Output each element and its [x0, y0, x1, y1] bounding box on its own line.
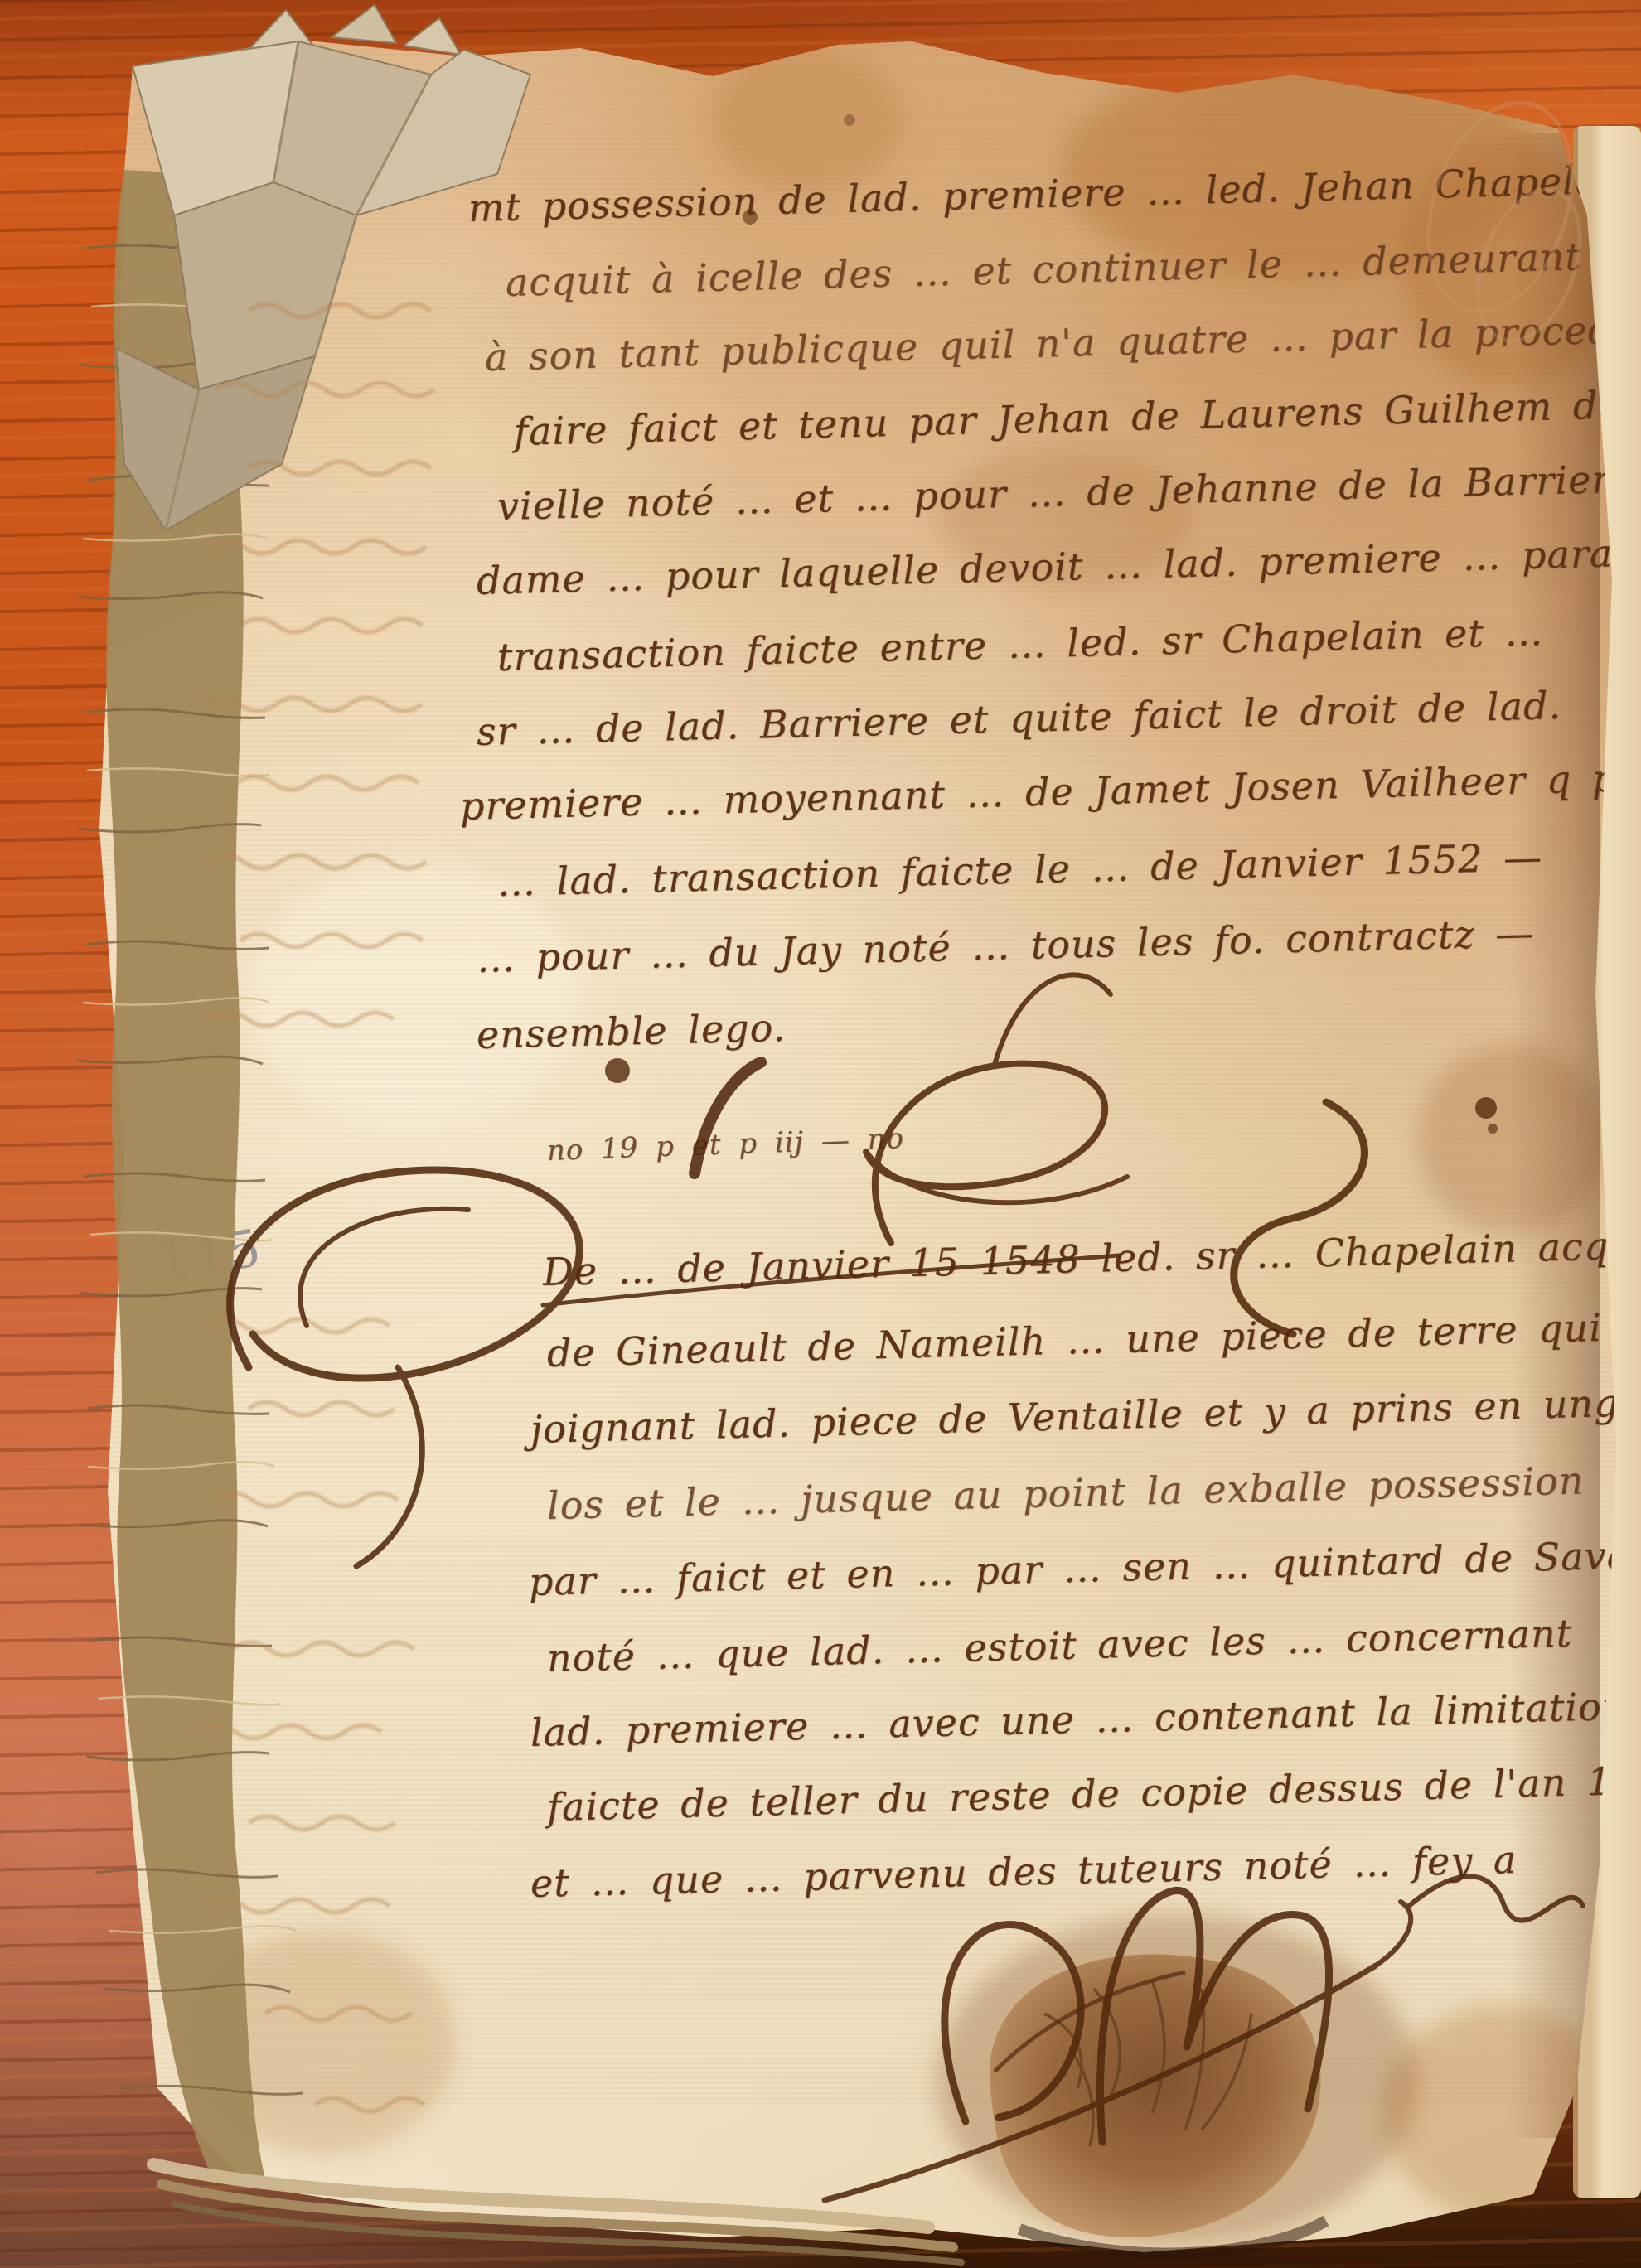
manuscript-page: mt possession de lad. premiere … led. Je…: [0, 0, 1641, 2268]
interline-note: no 19 p et p iij — no: [546, 1124, 904, 1165]
text-line: mt possession de lad. premiere … led. Je…: [467, 159, 1641, 227]
text-line: premiere … moyennant … de Jamet Josen Va…: [459, 757, 1641, 825]
text-line: transaction faicte entre … led. sr Chape…: [496, 612, 1543, 676]
text-line: par … faict et en … par … sen … quintard…: [528, 1534, 1641, 1601]
text-line: De … de Janvier 15 1548 led. sr … Chapel…: [542, 1226, 1641, 1291]
text-line: acquit à icelle des … et continuer le … …: [505, 232, 1641, 302]
pencil-mark: 115: [153, 1216, 267, 1293]
text-line: lad. premiere … avec une … contenant la …: [530, 1687, 1627, 1752]
stain-left-center-pale: [249, 862, 580, 1127]
text-line: de Gineault de Nameilh … une piece de te…: [546, 1307, 1641, 1372]
stain-burn-halo: [937, 1914, 1417, 2246]
stain-bottom-left: [191, 1931, 456, 2154]
text-line: dame … pour laquelle devoit … lad. premi…: [476, 534, 1613, 599]
stain-mid-right: [937, 447, 1193, 588]
text-line: faire faict et tenu par Jehan de Laurens…: [513, 384, 1641, 451]
text-line: … lad. transaction faicte le … de Janvie…: [496, 838, 1542, 902]
text-line: faicte de teller du reste de copie dessu…: [546, 1760, 1641, 1826]
text-line: joignant lad. piece de Ventaille et y a …: [530, 1384, 1619, 1448]
text-line: los et le … jusque au point la exballe p…: [546, 1461, 1584, 1525]
text-line: vielle noté … et … pour … de Jehanne de …: [496, 459, 1634, 525]
text-line: noté … que lad. … estoit avec les … conc…: [546, 1614, 1572, 1677]
text-line: sr … de lad. Barriere et quite faict le …: [476, 686, 1561, 751]
page-curl-shadow: [1508, 133, 1600, 2138]
text-line: à son tant publicque quil n'a quatre … p…: [484, 309, 1641, 376]
text-line: et … que … parvenu des tuteurs noté … fe…: [530, 1840, 1517, 1903]
stain-top-center: [713, 50, 903, 191]
stain-right-mid: [1417, 1044, 1608, 1235]
text-line: ensemble lego.: [476, 1008, 786, 1054]
text-line: … pour … du Jay noté … tous les fo. cont…: [476, 914, 1534, 978]
